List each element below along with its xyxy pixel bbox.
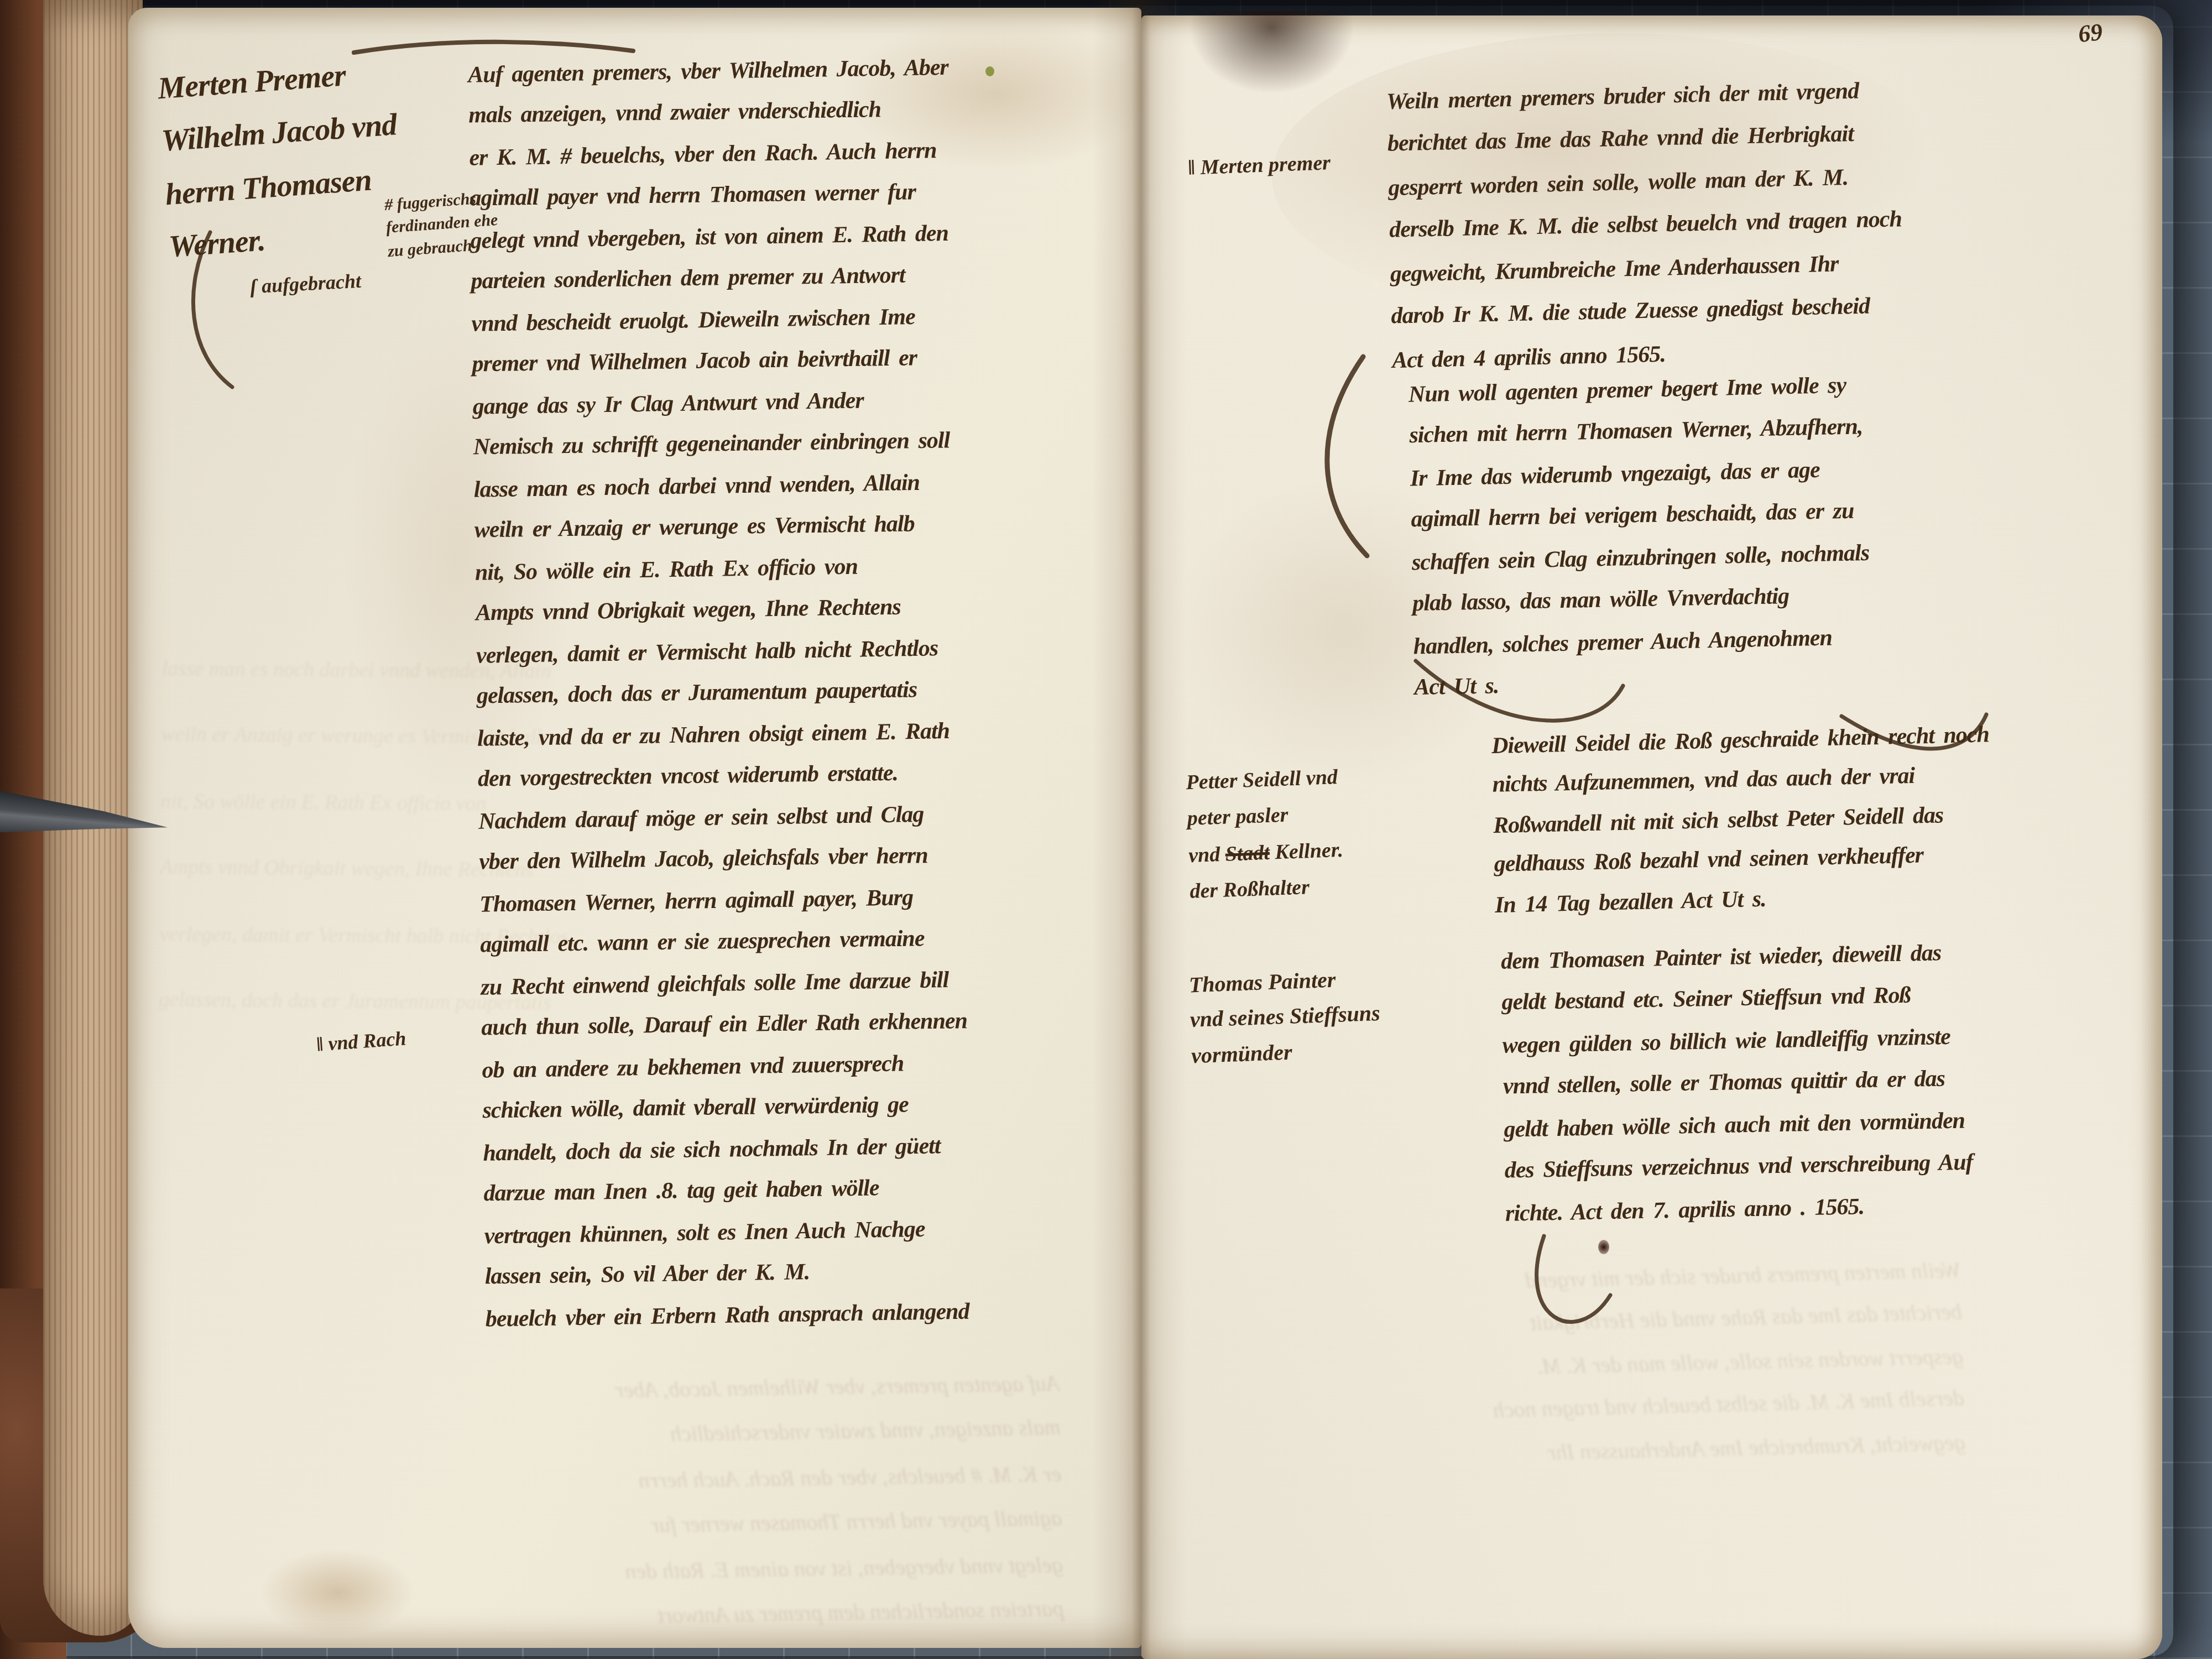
folio-page-number: 69 [2077,18,2104,48]
word-fragment: Kellner. [1269,838,1343,864]
word-fragment: vnd [1188,843,1226,867]
right-margin-note-seidell: Petter Seidell vndpeter paslervnd Stadt … [1185,758,1345,910]
right-page-entry-2: Nun woll agenten premer begert Ime wolle… [1408,358,2172,708]
handwritten-line: vormünder [1191,1031,1382,1074]
gutter-top-shadow [1189,11,1355,94]
handwritten-line: Ampts vnnd Obrigkait wegen, Ihne Rechten… [160,834,470,903]
handwritten-line: Petter Seidell vnd [1185,759,1341,801]
struck-word: Stadt [1225,841,1270,866]
left-margin-case-header: Merten PremerWilhelm Jacob vndherrn Thom… [156,45,406,274]
showthrough-text: Weiln merten premers bruder sich der mit… [1253,1247,1966,1481]
handwritten-line: vnd Stadt Kellner. [1188,832,1344,874]
handwritten-line: Thomas Painter [1188,961,1380,1003]
showthrough-text: lasse man es noch darbei vnnd wenden, Al… [159,635,472,1036]
right-page-entry-4: dem Thomasen Painter ist wieder, dieweil… [1500,927,2174,1233]
manuscript-photo: Auf agenten premers, vber Wilhelmen Jaco… [0,0,2212,1659]
handwritten-line: gelassen, doch das er Juramentum paupert… [159,967,469,1036]
right-margin-note-merten-premer: ‖ Merten premer [1187,150,1331,180]
right-page-entry-3: Dieweill Seidel die Roß geschraide khein… [1491,711,2169,924]
handwritten-line: nit, So wölle ein E. Rath Ex officio von [160,768,471,837]
handwritten-line: der Roßhalter [1189,868,1345,910]
left-page-body-text: Auf agenten premers, vber Wilhelmen Jaco… [468,44,1155,1339]
handwritten-line: weiln er Anzaig er werunge es Vermischt … [161,701,471,770]
handwritten-line: verlegen, damit er Vermischt halb nicht … [159,901,469,969]
handwritten-line: peter pasler [1187,795,1343,837]
right-page-entry-1: Weiln merten premers bruder sich der mit… [1386,62,2166,380]
showthrough-text: Auf agenten premers, vber Wilhelmen Jaco… [307,1359,1064,1645]
handwritten-line: lasse man es noch darbei vnnd wenden, Al… [161,635,472,704]
right-margin-note-painter: Thomas Paintervnd seines Stieffsunsvormü… [1188,960,1382,1073]
